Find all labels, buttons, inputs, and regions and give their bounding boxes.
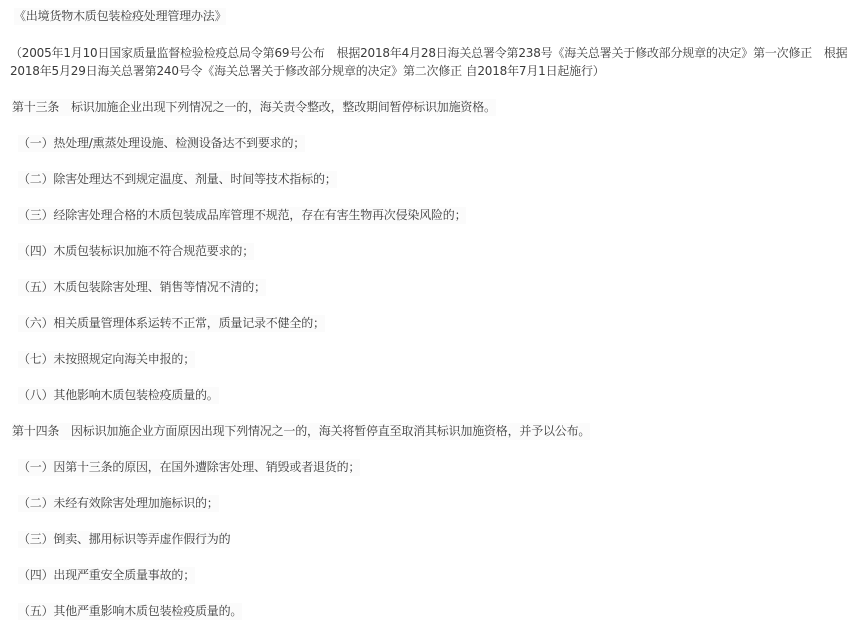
- document-title: 《出境货物木质包装检疫处理管理办法》: [14, 8, 226, 25]
- article-13-item-1: （一）热处理/熏蒸处理设施、检测设备达不到要求的；: [18, 135, 305, 152]
- article-14-heading: 第十四条 因标识加施企业方面原因出现下列情况之一的，海关将暂停直至取消其标识加施…: [12, 423, 590, 440]
- article-13-item-6: （六）相关质量管理体系运转不正常，质量记录不健全的；: [18, 315, 325, 332]
- article-13-item-5: （五）木质包装除害处理、销售等情况不清的；: [18, 279, 266, 296]
- article-13-item-3: （三）经除害处理合格的木质包装成品库管理不规范，存在有害生物再次侵染风险的；: [18, 207, 466, 224]
- document-preamble: （2005年1月10日国家质量监督检验检疫总局令第69号公布 根据2018年4月…: [10, 44, 856, 80]
- article-14-item-3: （三）倒卖、挪用标识等弄虚作假行为的: [18, 531, 230, 548]
- article-13-item-2: （二）除害处理达不到规定温度、剂量、时间等技术指标的；: [18, 171, 337, 188]
- article-14-item-1: （一）因第十三条的原因，在国外遭除害处理、销毁或者退货的；: [18, 459, 360, 476]
- article-13-heading: 第十三条 标识加施企业出现下列情况之一的，海关责令整改，整改期间暂停标识加施资格…: [12, 99, 496, 116]
- article-13-item-7: （七）未按照规定向海关申报的；: [18, 351, 195, 368]
- article-14-item-2: （二）未经有效除害处理加施标识的；: [18, 495, 219, 512]
- article-13-item-8: （八）其他影响木质包装检疫质量的。: [18, 387, 219, 404]
- article-14-item-4: （四）出现严重安全质量事故的；: [18, 567, 195, 584]
- article-14-item-5: （五）其他严重影响木质包装检疫质量的。: [18, 603, 242, 620]
- article-13-item-4: （四）木质包装标识加施不符合规范要求的；: [18, 243, 254, 260]
